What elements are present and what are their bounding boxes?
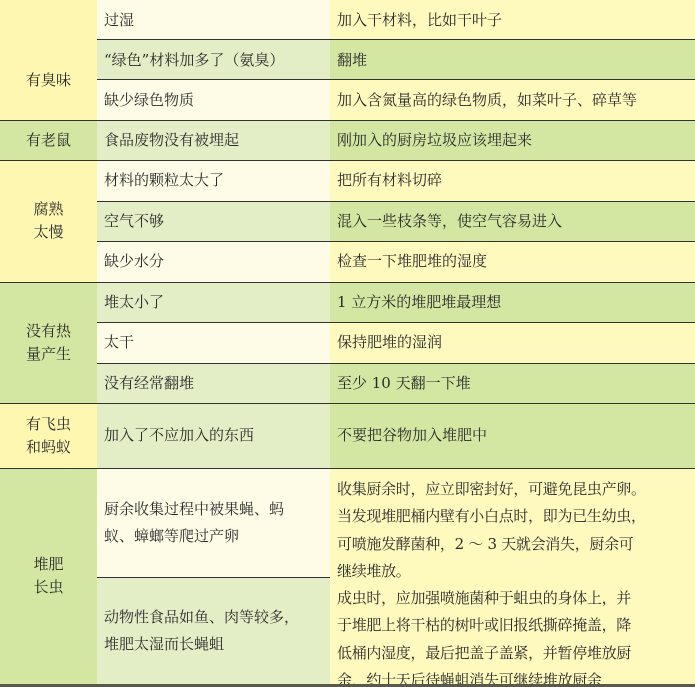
solution-cell: 不要把谷物加入堆肥中 (330, 403, 695, 468)
solution-cell: 混入一些枝条等，使空气容易进入 (330, 201, 695, 241)
solution-cell: 收集厨余时，应立即密封好，可避免昆虫产卵。 当发现堆肥桶内壁有小白点时，即为已生… (330, 468, 695, 684)
problem-label: 有臭味 (26, 69, 71, 92)
cause-cell: 厨余收集过程中被果蝇、蚂 蚁、蟑螂等爬过产卵 (97, 468, 330, 578)
cause-cell: 动物性食品如鱼、肉等较多， 堆肥太湿而长蝇蛆 (97, 578, 330, 684)
cause-cell: 过湿 (97, 0, 330, 40)
row-divider (97, 241, 695, 242)
row-divider (0, 120, 695, 121)
cause-cell: 缺少水分 (97, 241, 330, 282)
row-divider (97, 39, 695, 40)
cause-cell: 没有经常翻堆 (97, 363, 330, 403)
cause-cell: 缺少绿色物质 (97, 80, 330, 120)
cause-cell: 食品废物没有被埋起 (97, 120, 330, 160)
solution-cell: 保持肥堆的湿润 (330, 322, 695, 363)
solution-cell: 1 立方米的堆肥堆最理想 (330, 282, 695, 322)
row-divider (0, 282, 695, 283)
row-divider (97, 79, 695, 80)
solution-cell: 加入含氮量高的绿色物质，如菜叶子、碎草等 (330, 80, 695, 120)
problem-cell: 有飞虫 和蚂蚁 (0, 403, 97, 468)
solution-cell: 刚加入的厨房垃圾应该埋起来 (330, 120, 695, 160)
row-divider (0, 403, 695, 404)
solution-cell: 检查一下堆肥堆的湿度 (330, 241, 695, 282)
row-divider (97, 322, 695, 323)
problem-cell: 没有热 量产生 (0, 282, 97, 403)
solution-cell: 至少 10 天翻一下堆 (330, 363, 695, 403)
problem-cell: 堆肥 长虫 (0, 468, 97, 684)
cause-cell: 堆太小了 (97, 282, 330, 322)
compost-troubleshooting-table: 有臭味 过湿 加入干材料，比如干叶子 “绿色”材料加多了（氨臭） 翻堆 缺少绿色… (0, 0, 695, 687)
cause-cell: 空气不够 (97, 201, 330, 241)
solution-cell: 加入干材料，比如干叶子 (330, 0, 695, 40)
cause-cell: “绿色”材料加多了（氨臭） (97, 40, 330, 80)
row-divider (0, 160, 695, 161)
solution-cell: 翻堆 (330, 40, 695, 80)
row-divider (97, 201, 695, 202)
row-divider (97, 577, 330, 578)
problem-cell: 腐熟 太慢 (0, 160, 97, 282)
row-divider (0, 468, 695, 469)
cause-cell: 材料的颗粒太大了 (97, 160, 330, 201)
cause-cell: 太干 (97, 322, 330, 363)
row-divider (97, 363, 695, 364)
solution-cell: 把所有材料切碎 (330, 160, 695, 201)
cause-cell: 加入了不应加入的东西 (97, 403, 330, 468)
problem-cell: 有老鼠 (0, 120, 97, 160)
